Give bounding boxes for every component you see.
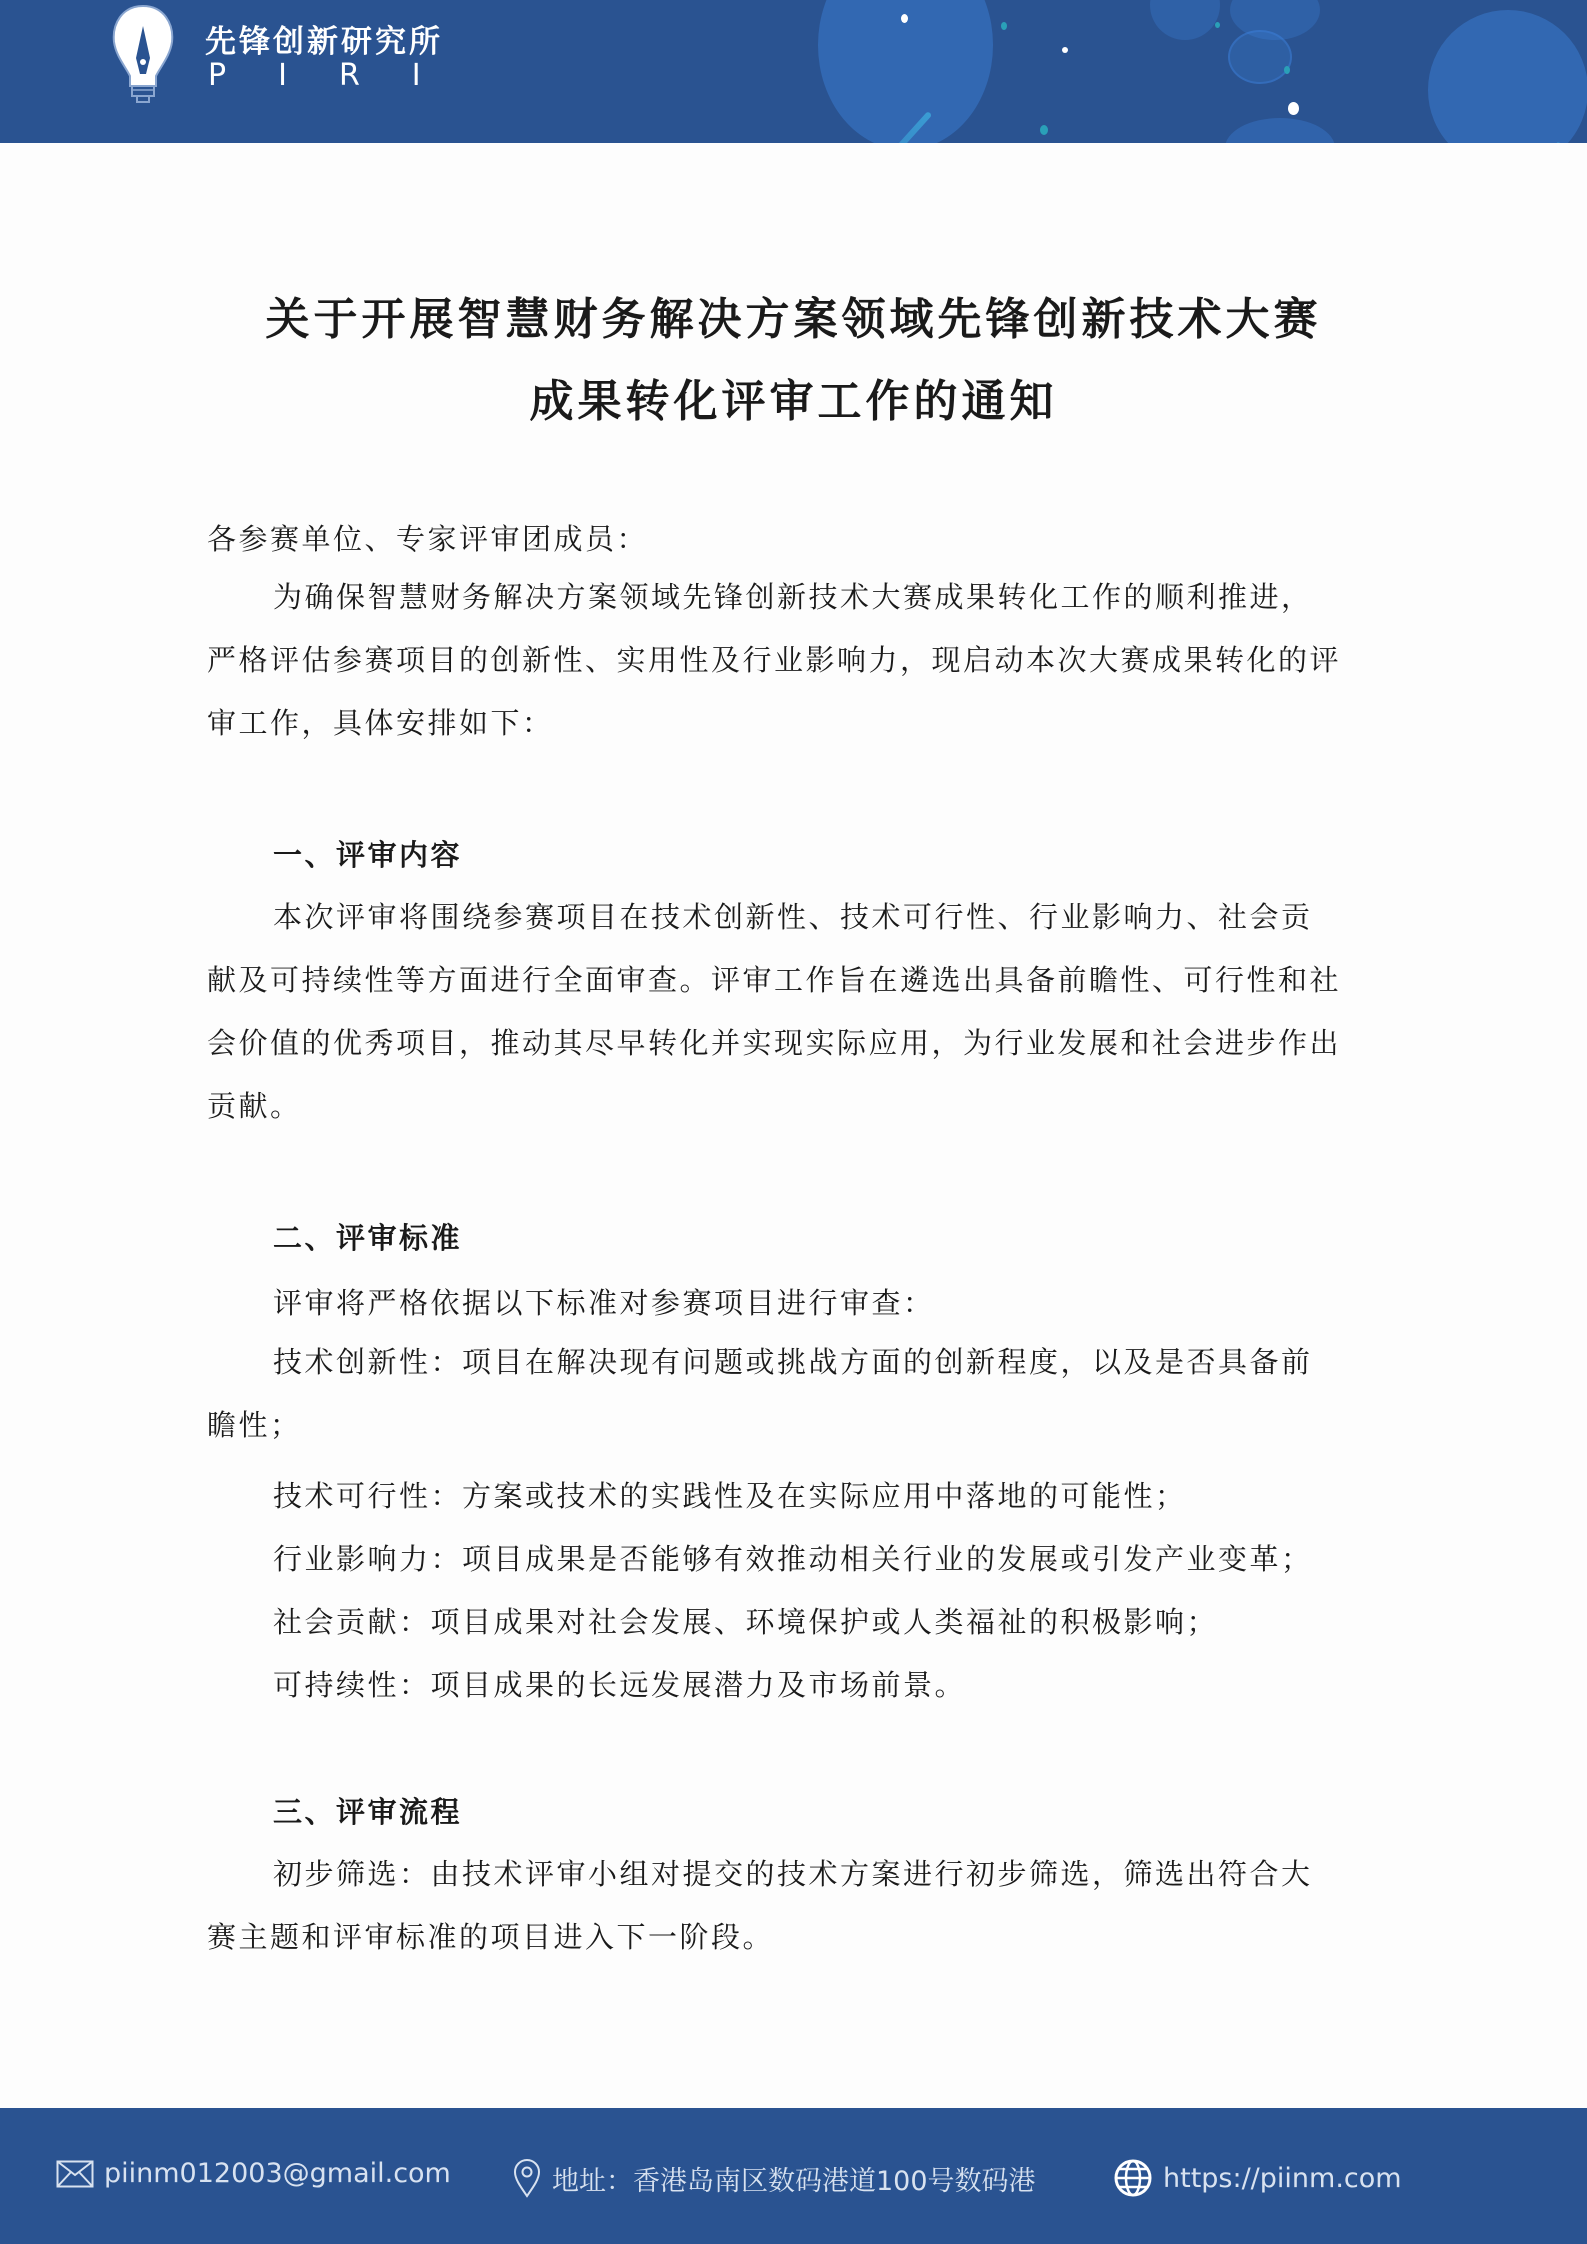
decor-dot — [1284, 66, 1290, 74]
lightbulb-pen-icon — [108, 4, 178, 104]
location-pin-icon — [512, 2158, 542, 2198]
footer-email[interactable]: piinm012003@gmail.com — [56, 2158, 451, 2189]
footer-website[interactable]: https://piinm.com — [1113, 2158, 1402, 2198]
document-title-line1: 关于开展智慧财务解决方案领域先锋创新技术大赛 — [0, 283, 1587, 347]
footer-address: 地址：香港岛南区数码港道100号数码港 — [512, 2158, 1036, 2198]
section-heading-review-criteria: 二、评审标准 — [273, 1216, 462, 1257]
section-body-review-content: 本次评审将围绕参赛项目在技术创新性、技术可行性、行业影响力、社会贡献及可持续性等… — [207, 886, 1342, 1138]
document-title-line2: 成果转化评审工作的通知 — [0, 365, 1587, 429]
intro-paragraph: 为确保智慧财务解决方案领域先锋创新技术大赛成果转化工作的顺利推进，严格评估参赛项… — [207, 566, 1342, 755]
website-link[interactable]: https://piinm.com — [1163, 2163, 1402, 2194]
section-body-review-process: 初步筛选：由技术评审小组对提交的技术方案进行初步筛选，筛选出符合大赛主题和评审标… — [207, 1843, 1342, 1969]
criterion-item: 可持续性：项目成果的长远发展潜力及市场前景。 — [273, 1663, 966, 1704]
org-name-en: PIRI — [208, 58, 473, 93]
criterion-item: 社会贡献：项目成果对社会发展、环境保护或人类福祉的积极影响； — [273, 1600, 1218, 1641]
decor-star — [1288, 102, 1299, 115]
criterion-item: 行业影响力：项目成果是否能够有效推动相关行业的发展或引发产业变革； — [273, 1537, 1313, 1578]
decor-dot — [1215, 22, 1220, 28]
header-banner: 先锋创新研究所 PIRI — [0, 0, 1587, 143]
mail-icon — [56, 2160, 94, 2188]
decor-dot — [1001, 22, 1007, 30]
decor-bubble — [1228, 30, 1292, 84]
criterion-item: 技术可行性：方案或技术的实践性及在实际应用中落地的可能性； — [273, 1474, 1187, 1515]
section-heading-review-process: 三、评审流程 — [273, 1790, 462, 1831]
email-text: piinm012003@gmail.com — [104, 2158, 451, 2189]
decor-dot — [1040, 125, 1048, 135]
decor-bubble — [1428, 10, 1587, 143]
decor-star — [901, 14, 908, 23]
footer-banner: piinm012003@gmail.com 地址：香港岛南区数码港道100号数码… — [0, 2108, 1587, 2244]
salutation: 各参赛单位、专家评审团成员： — [207, 508, 1342, 571]
decor-star — [1062, 47, 1068, 53]
decor-bubble — [1225, 118, 1335, 143]
globe-icon — [1113, 2158, 1153, 2198]
decor-bubble — [1150, 0, 1220, 40]
address-text: 地址：香港岛南区数码港道100号数码港 — [552, 2159, 1036, 2198]
org-name-cn: 先锋创新研究所 — [205, 16, 443, 61]
criterion-item: 技术创新性：项目在解决现有问题或挑战方面的创新程度，以及是否具备前瞻性； — [207, 1331, 1342, 1457]
section-heading-review-content: 一、评审内容 — [273, 833, 462, 874]
criteria-intro: 评审将严格依据以下标准对参赛项目进行审查： — [273, 1281, 935, 1322]
